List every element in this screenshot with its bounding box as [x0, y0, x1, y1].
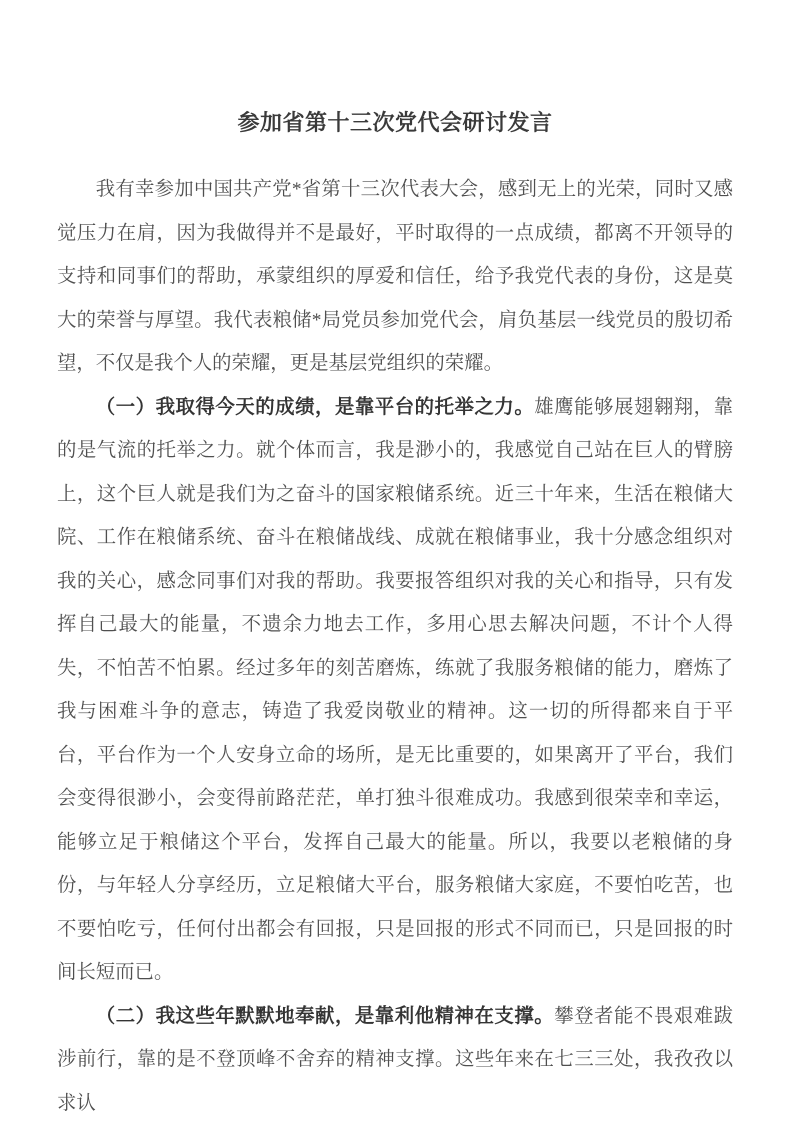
- paragraph-section-2: （二）我这些年默默地奉献，是靠利他精神在支撑。攀登者能不畏艰难跋涉前行，靠的是不…: [57, 995, 733, 1122]
- section-2-heading: （二）我这些年默默地奉献，是靠利他精神在支撑。: [96, 1006, 554, 1027]
- document-title: 参加省第十三次党代会研讨发言: [57, 106, 733, 140]
- paragraph-text: 雄鹰能够展翅翱翔，靠的是气流的托举之力。就个体而言，我是渺小的，我感觉自己站在巨…: [57, 397, 733, 984]
- paragraph-section-1: （一）我取得今天的成绩，是靠平台的托举之力。雄鹰能够展翅翱翔，靠的是气流的托举之…: [57, 386, 733, 995]
- section-1-heading: （一）我取得今天的成绩，是靠平台的托举之力。: [96, 397, 534, 418]
- paragraph-intro: 我有幸参加中国共产党*省第十三次代表大会，感到无上的光荣，同时又感觉压力在肩，因…: [57, 168, 733, 386]
- document-page: 参加省第十三次党代会研讨发言 我有幸参加中国共产党*省第十三次代表大会，感到无上…: [0, 0, 793, 1122]
- paragraph-text: 我有幸参加中国共产党*省第十三次代表大会，感到无上的光荣，同时又感觉压力在肩，因…: [57, 179, 733, 374]
